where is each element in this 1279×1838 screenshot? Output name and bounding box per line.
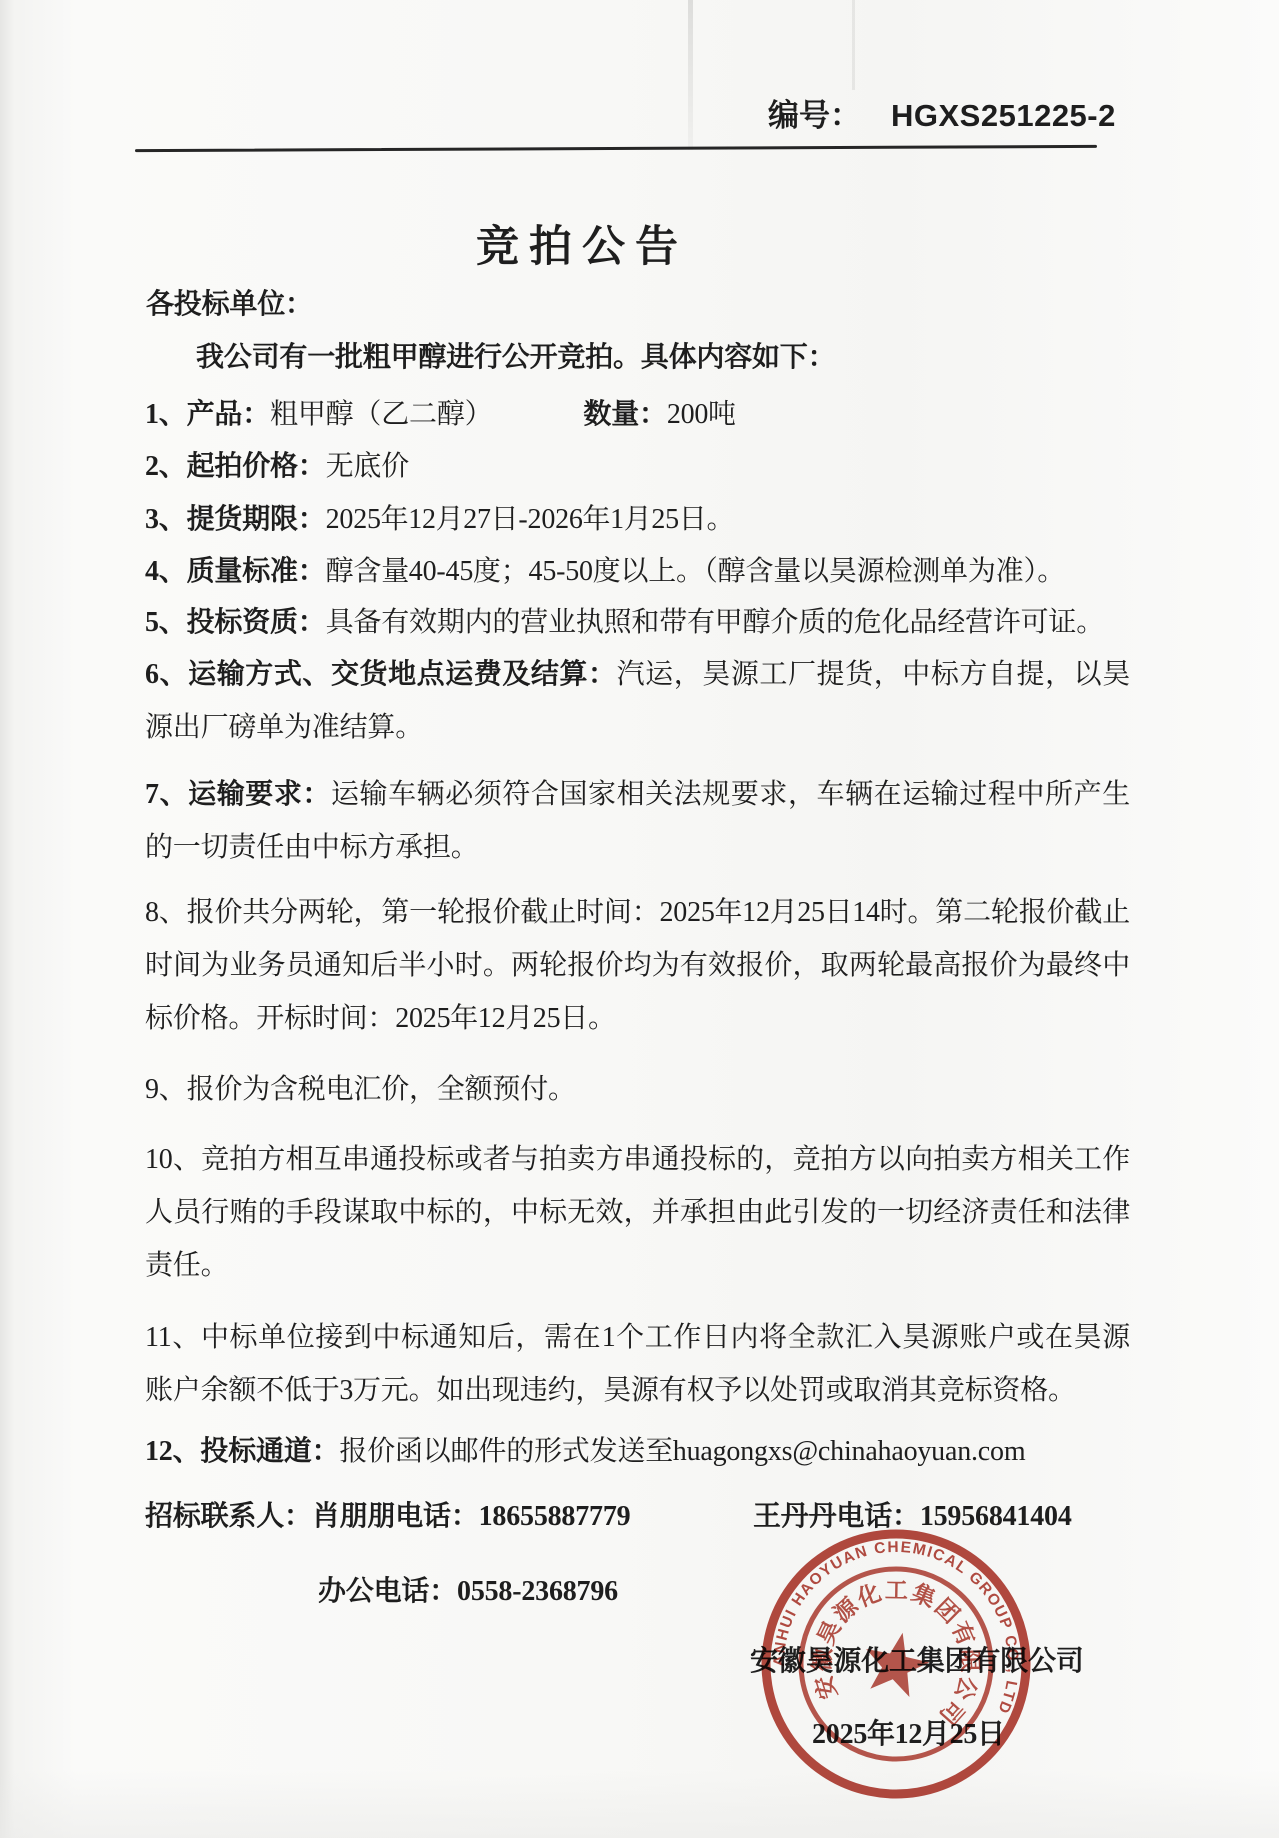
scanned-document-page: 编号： HGXS251225-2 竞拍公告 各投标单位： 我公司有一批粗甲醇进行… — [0, 0, 1279, 1838]
contact-primary-phone-label: 电话： — [395, 1501, 478, 1532]
contact-primary-name: 肖朋朋 — [312, 1501, 395, 1532]
item-6-label: 6、运输方式、交货地点运费及结算： — [145, 659, 617, 690]
item-4-label: 4、质量标准： — [145, 556, 326, 587]
item-1-value: 粗甲醇（乙二醇） — [270, 399, 492, 430]
auction-item-2: 2、起拍价格：无底价 — [145, 440, 409, 493]
seal-star — [858, 1626, 934, 1700]
scan-artifact — [0, 1770, 1279, 1838]
intro-line: 我公司有一批粗甲醇进行公开竞拍。具体内容如下： — [196, 331, 835, 384]
item-3-label: 3、提货期限： — [145, 504, 326, 535]
page-title: 竞拍公告 — [0, 213, 1164, 274]
item-2-label: 2、起拍价格： — [145, 451, 326, 482]
auction-item-7: 7、运输要求：运输车辆必须符合国家相关法规要求，车辆在运输过程中所产生的一切责任… — [145, 768, 1130, 874]
item-12-label: 12、投标通道： — [145, 1436, 339, 1467]
item-5-value: 具备有效期内的营业执照和带有甲醇介质的危化品经营许可证。 — [326, 607, 1104, 638]
auction-item-6: 6、运输方式、交货地点运费及结算：汽运，昊源工厂提货，中标方自提，以昊源出厂磅单… — [145, 648, 1130, 754]
header-rule — [135, 145, 1097, 152]
salutation: 各投标单位： — [146, 278, 313, 331]
doc-number-label: 编号： — [768, 90, 861, 135]
office-phone-label: 办公电话： — [318, 1576, 457, 1607]
item-7-label: 7、运输要求： — [145, 779, 331, 810]
scan-artifact — [0, 0, 14, 1838]
doc-number-value: HGXS251225-2 — [891, 98, 1116, 134]
office-phone: 办公电话：0558-2368796 — [318, 1565, 618, 1618]
contact-primary-phone: 18655887779 — [479, 1501, 631, 1532]
item-5-label: 5、投标资质： — [145, 607, 326, 638]
item-12-value: 报价函以邮件的形式发送至 huagongxs@chinahaoyuan.com — [339, 1436, 1025, 1467]
auction-item-11: 11、中标单位接到中标通知后，需在 1 个工作日内将全款汇入昊源账户或在昊源账户… — [145, 1311, 1130, 1417]
contact-primary: 招标联系人：肖朋朋 电话：18655887779 — [145, 1490, 630, 1543]
auction-item-1: 1、产品：粗甲醇（乙二醇）数量：200 吨 — [145, 388, 736, 441]
office-phone-value: 0558-2368796 — [457, 1576, 618, 1607]
auction-item-12: 12、投标通道：报价函以邮件的形式发送至 huagongxs@chinahaoy… — [145, 1425, 1025, 1478]
item-1-qty-value: 200 吨 — [667, 399, 736, 430]
auction-item-9: 9、报价为含税电汇价，全额预付。 — [145, 1063, 576, 1116]
scan-artifact — [688, 0, 693, 150]
scan-artifact — [852, 0, 855, 90]
auction-item-4: 4、质量标准：醇含量 40-45 度；45-50 度以上。（醇含量以昊源检测单为… — [145, 545, 1065, 598]
auction-item-3: 3、提货期限：2025 年 12 月 27 日-2026 年 1 月 25 日。 — [145, 493, 734, 546]
item-3-value: 2025 年 12 月 27 日-2026 年 1 月 25 日。 — [326, 504, 735, 535]
item-4-value: 醇含量 40-45 度；45-50 度以上。（醇含量以昊源检测单为准）。 — [326, 556, 1065, 587]
auction-item-10: 10、竞拍方相互串通投标或者与拍卖方串通投标的，竞拍方以向拍卖方相关工作人员行贿… — [145, 1133, 1130, 1292]
item-1-label: 1、产品： — [145, 399, 270, 430]
auction-item-8: 8、报价共分两轮，第一轮报价截止时间：2025 年 12 月 25 日 14 时… — [145, 886, 1130, 1045]
company-seal: ANHUI HAOYUAN CHEMICAL GROUP CO., LTD 安徽… — [746, 1514, 1046, 1814]
doc-number: 编号： HGXS251225-2 — [768, 90, 1116, 135]
item-1-qty-label: 数量： — [583, 399, 666, 430]
auction-item-5: 5、投标资质：具备有效期内的营业执照和带有甲醇介质的危化品经营许可证。 — [145, 596, 1104, 649]
item-2-value: 无底价 — [326, 451, 409, 482]
contact-primary-label: 招标联系人： — [145, 1501, 312, 1532]
